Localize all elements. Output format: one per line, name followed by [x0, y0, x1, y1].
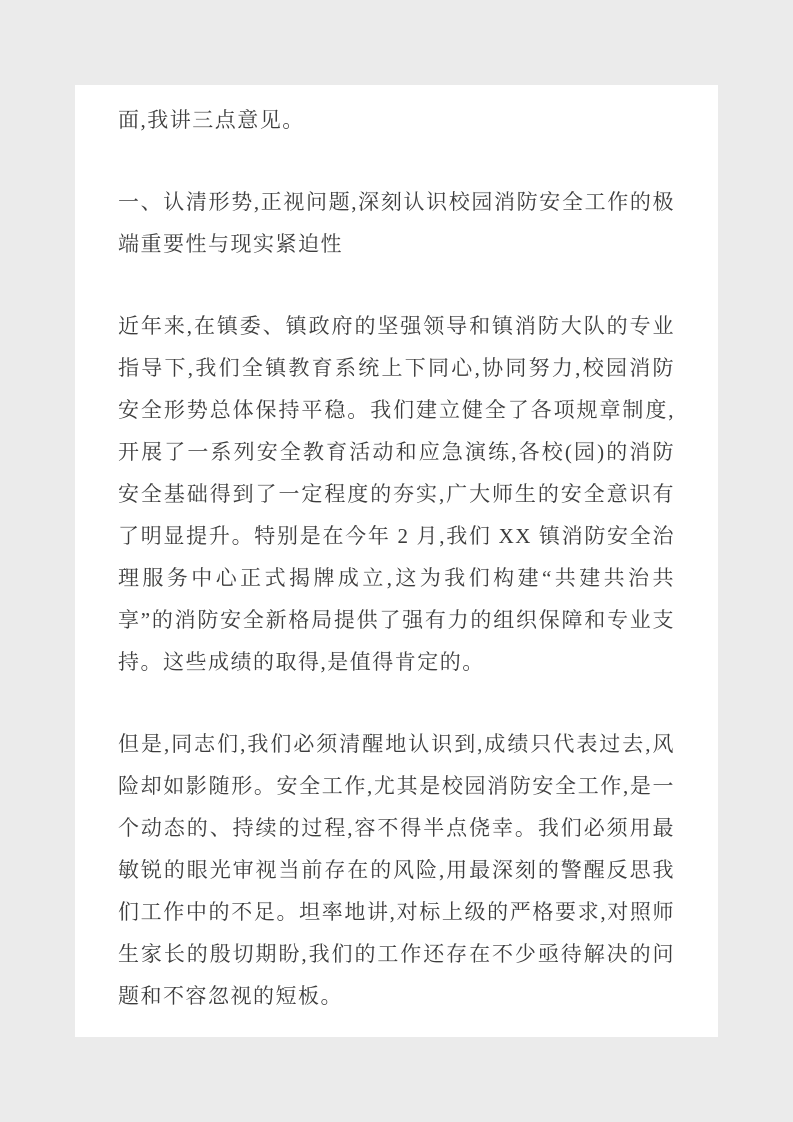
- paragraph-risks: 但是,同志们,我们必须清醒地认识到,成绩只代表过去,风险却如影随形。安全工作,尤…: [118, 723, 675, 1017]
- paragraph-achievements: 近年来,在镇委、镇政府的坚强领导和镇消防大队的专业指导下,我们全镇教育系统上下同…: [118, 305, 675, 683]
- paragraph-intro: 面,我讲三点意见。: [118, 99, 675, 141]
- viewer-background: { "page": { "background_color": "#ebebeb…: [0, 0, 793, 1122]
- section-heading: 一、认清形势,正视问题,深刻认识校园消防安全工作的极端重要性与现实紧迫性: [118, 181, 675, 265]
- document-page: 面,我讲三点意见。 一、认清形势,正视问题,深刻认识校园消防安全工作的极端重要性…: [75, 85, 718, 1037]
